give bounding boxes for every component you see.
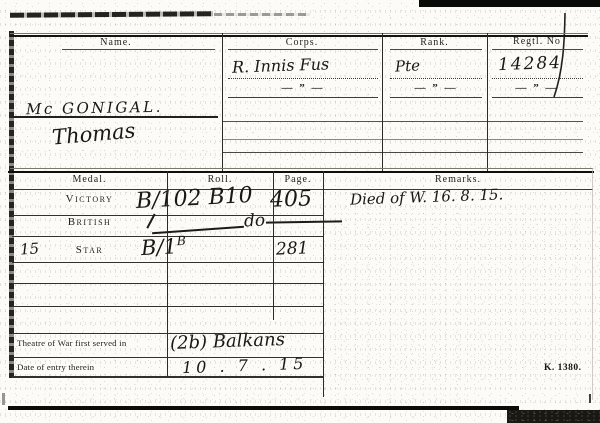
roll-value-star-sup: B [176, 233, 186, 248]
row-line [390, 97, 482, 98]
scan-noise-patch [330, 205, 585, 380]
header-underline [62, 49, 215, 50]
scan-left-mark [2, 393, 5, 405]
header-medal: Medal. [12, 174, 167, 185]
header-page: Page. [273, 174, 323, 185]
medal-table-border-heavy [8, 171, 594, 174]
header-name: Name. [10, 37, 222, 48]
header-underline [228, 49, 378, 50]
entry-underline [390, 78, 482, 79]
header-underline [390, 49, 482, 50]
medal-table-border-thin [10, 168, 593, 169]
roll-ditto-british: do [243, 210, 265, 231]
rank-value: Pte [395, 56, 421, 75]
corps-ditto-mark: — ” — [228, 82, 378, 94]
theatre-label: Theatre of War first served in [17, 338, 126, 348]
forename-value: Thomas [51, 118, 136, 149]
roll-value-victory: B/102 B10 [135, 183, 253, 214]
scan-right-faint-line [592, 168, 593, 400]
date-value: 10 . 7 . 15 [182, 354, 308, 377]
medal-name-british: British [12, 216, 167, 228]
page-remarks-divider [323, 171, 324, 397]
scan-noise-patch [40, 380, 470, 405]
row-line [222, 152, 583, 153]
theatre-value: (2b) Balkans [170, 329, 286, 354]
row-line [222, 121, 583, 122]
column-divider [487, 33, 488, 171]
corps-value: R. Innis Fus [232, 54, 330, 76]
header-corps: Corps. [222, 37, 382, 48]
medal-column-divider [167, 171, 168, 377]
scan-bottom-line [8, 406, 519, 410]
footer-box-bottom [12, 376, 323, 378]
regtl-ditto-mark: — ” — [490, 82, 584, 94]
scan-top-smudge [10, 11, 213, 17]
entry-underline [228, 78, 378, 79]
surname-underline [12, 116, 218, 118]
scan-top-black-bar [419, 0, 600, 7]
roll-page-divider [273, 171, 274, 320]
page-value-star: 281 [276, 238, 309, 259]
regtl-no-value: 14284 [498, 53, 563, 75]
entry-underline [492, 78, 583, 79]
roll-value-star-text: B/1 [140, 234, 177, 260]
scan-bottom-right-block [507, 410, 600, 423]
header-remarks: Remarks. [325, 174, 591, 185]
scan-top-smudge-2 [214, 13, 310, 17]
form-number: K. 1380. [544, 363, 582, 373]
row-line [228, 97, 378, 98]
column-divider [222, 33, 223, 171]
top-border-thin [10, 33, 588, 34]
scan-right-tick [589, 394, 591, 403]
date-label: Date of entry therein [17, 362, 94, 372]
header-underline [492, 49, 583, 50]
rank-ditto-mark: — ” — [388, 82, 484, 94]
header-rank: Rank. [382, 37, 487, 48]
roll-value-star: B/1B [140, 233, 186, 260]
page-value-victory: 405 [270, 186, 313, 212]
column-divider [382, 33, 383, 171]
header-regtl-no: Regtl. No [487, 36, 587, 47]
medal-index-card: Name. Corps. Rank. Regtl. No R. Innis Fu… [0, 0, 600, 423]
row-line [492, 97, 583, 98]
row-line [222, 139, 583, 140]
header-roll: Roll. [167, 174, 273, 185]
